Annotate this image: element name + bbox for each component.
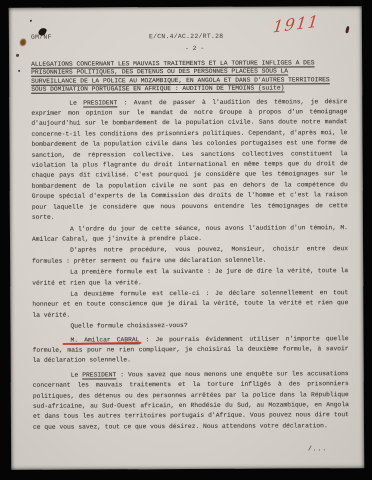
handwritten-number: 1911: [272, 11, 321, 36]
document-title: ALLEGATIONS CONCERNANT LES MAUVAIS TRAIT…: [31, 59, 331, 94]
ink-speck: [16, 54, 19, 57]
paragraph: La deuxième formule est celle-ci : Je dé…: [32, 288, 348, 321]
paragraph: Le PRESIDENT : Avant de passer à l'audit…: [31, 97, 348, 224]
ink-speck: [18, 70, 20, 72]
page-number: - 2 -: [185, 45, 204, 52]
paragraph-text: A l'ordre du jour de cette séance, nous …: [32, 224, 348, 243]
paragraph: Le PRESIDENT : Vous savez que nous menon…: [33, 369, 349, 433]
document-page: GM/NF E/CN.4/AC.22/RT.28 - 2 - 1911 ALLE…: [9, 6, 364, 470]
paragraph-text: D'après notre procédure, vous pouvez, Mo…: [32, 245, 348, 264]
paragraph-text: : Avant de passer à l'audition des témoi…: [31, 98, 348, 221]
paragraph: A l'ordre du jour de cette séance, nous …: [32, 223, 348, 245]
paragraph-text: La première formule est la suivante : Je…: [32, 267, 348, 286]
continuation-mark: /...: [33, 444, 349, 456]
paragraph-text: : Vous savez que nous menons une enquête…: [33, 370, 349, 431]
paragraph-text: La deuxième formule est celle-ci : Je dé…: [32, 289, 348, 318]
speaker-name: PRESIDENT: [82, 371, 116, 378]
paragraph: La première formule est la suivante : Je…: [32, 266, 348, 288]
document-symbol: E/CN.4/AC.22/RT.28: [149, 33, 223, 40]
scan-background: GM/NF E/CN.4/AC.22/RT.28 - 2 - 1911 ALLE…: [0, 0, 372, 480]
speaker-prefix: Le: [69, 99, 83, 106]
ink-speck: [30, 20, 32, 22]
speaker-prefix: Le: [71, 371, 83, 378]
pen-tick-mark: [345, 26, 349, 33]
document-content: ALLEGATIONS CONCERNANT LES MAUVAIS TRAIT…: [31, 59, 349, 456]
paragraph: Quelle formule choisissez-vous?: [32, 320, 348, 332]
paragraph: D'après notre procédure, vous pouvez, Mo…: [32, 244, 348, 266]
speaker-name-red-underlined: M. Amilcar CABRAL: [71, 336, 140, 343]
paragraph: M. Amilcar CABRAL : Je pourrais évidemme…: [33, 334, 349, 367]
speaker-name: PRESIDENT: [83, 99, 117, 106]
ink-stain: [20, 39, 26, 46]
paragraph-text: Quelle formule choisissez-vous?: [70, 322, 187, 330]
